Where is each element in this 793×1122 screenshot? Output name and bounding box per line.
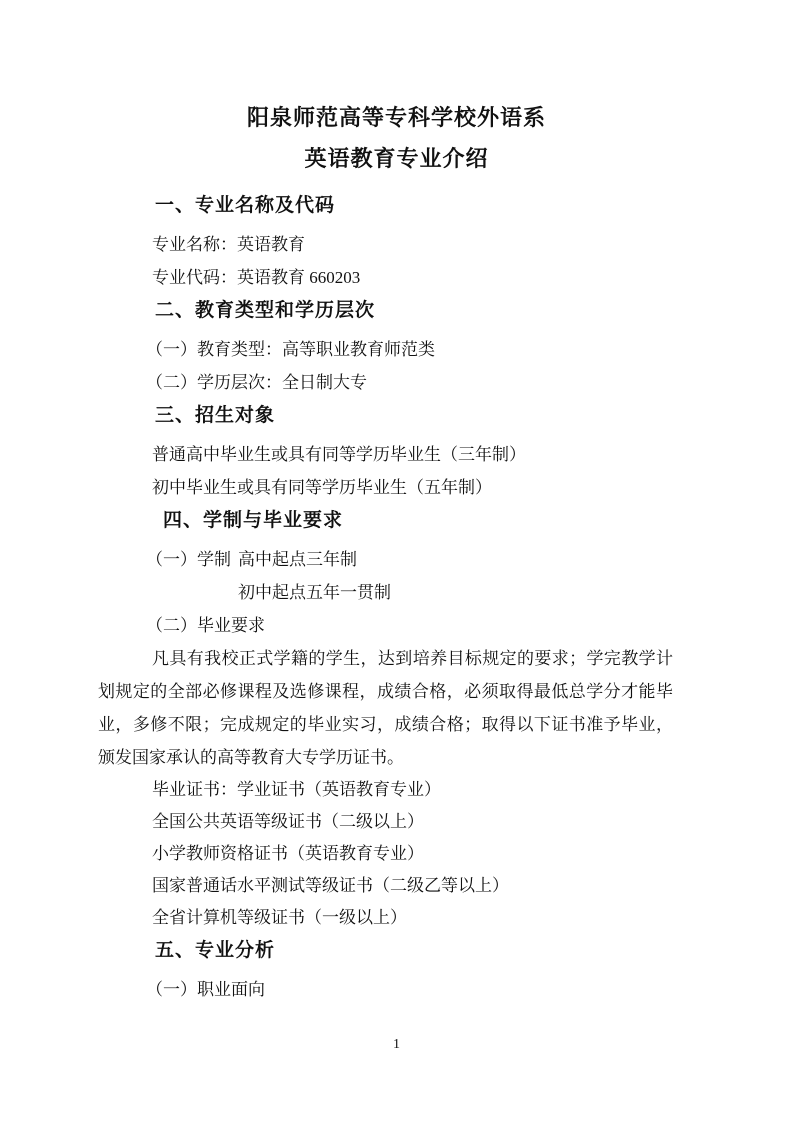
enrollment-target-line-1: 普通高中毕业生或具有同等学历毕业生（三年制） [152,438,793,471]
enrollment-target-line-2: 初中毕业生或具有同等学历毕业生（五年制） [152,471,793,504]
career-orientation-label: （一）职业面向 [146,973,793,1006]
document-title-line1: 阳泉师范高等专科学校外语系 [0,97,793,138]
document-title-line2: 英语教育专业介绍 [0,138,793,179]
section-5-heading: 五、专业分析 [155,934,793,967]
document-page: 阳泉师范高等专科学校外语系 英语教育专业介绍 一、专业名称及代码 专业名称：英语… [0,0,793,1122]
certificate-line-4: 国家普通话水平测试等级证书（二级乙等以上） [152,870,793,902]
section-1-heading: 一、专业名称及代码 [155,189,793,222]
section-4-heading: 四、学制与毕业要求 [163,504,793,537]
major-name-line: 专业名称：英语教育 [152,228,793,261]
certificate-line-3: 小学教师资格证书（英语教育专业） [152,838,793,870]
major-code-line: 专业代码：英语教育 660203 [152,261,793,294]
graduation-requirement-label: （二）毕业要求 [146,609,793,642]
document-body: 阳泉师范高等专科学校外语系 英语教育专业介绍 一、专业名称及代码 专业名称：英语… [0,0,793,1006]
education-type-line: （一）教育类型：高等职业教育师范类 [146,333,793,366]
schooling-option-2: 初中起点五年一贯制 [238,576,391,609]
section-2-heading: 二、教育类型和学历层次 [155,294,793,327]
schooling-length-options: 高中起点三年制 初中起点五年一贯制 [238,543,391,609]
education-level-line: （二）学历层次：全日制大专 [146,366,793,399]
graduation-requirement-paragraph: 凡具有我校正式学籍的学生，达到培养目标规定的要求；学完教学计划规定的全部必修课程… [98,642,673,774]
certificate-line-2: 全国公共英语等级证书（二级以上） [152,806,793,838]
certificate-line-1: 毕业证书：学业证书（英语教育专业） [152,774,793,806]
certificate-line-5: 全省计算机等级证书（一级以上） [152,902,793,934]
schooling-length-label: （一）学制 [146,543,231,609]
page-number: 1 [0,1036,793,1054]
schooling-length-row: （一）学制 高中起点三年制 初中起点五年一贯制 [146,543,793,609]
section-3-heading: 三、招生对象 [155,399,793,432]
schooling-option-1: 高中起点三年制 [238,543,391,576]
